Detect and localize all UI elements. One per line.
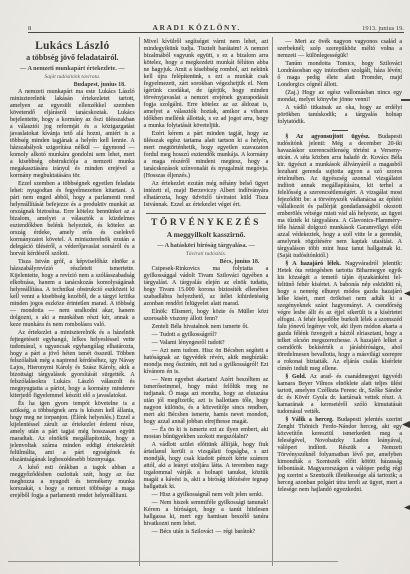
- article-paragraph: Tanúm mondotta Tomics, hogy Szilováci Lo…: [277, 61, 402, 89]
- newspaper-page: 8 ARADI KÖZLÖNY. 1913. junius 19. Lukács…: [0, 0, 410, 574]
- brief-lead: § Válik a herceg.: [285, 417, 337, 423]
- article-paragraph: Tisza István gróf, a képviselőház elnöke…: [10, 259, 135, 329]
- news-brief: § A hazajáró lélek. Nagyváradról jelenti…: [277, 261, 402, 373]
- article-paragraph: (Zaj.) Hogy az egész vallomásban nincs e…: [277, 90, 402, 104]
- article-headline: Lukács László: [10, 40, 135, 52]
- section-rule: [146, 213, 267, 214]
- brief-lead: § Gold.: [285, 374, 309, 380]
- court-article-dateline: Bécs, junius 18.: [144, 259, 269, 265]
- brief-divider: [332, 130, 348, 131]
- news-brief: § Az agyonsujtott ügyész. Budapesti tudó…: [277, 134, 402, 260]
- article-dateline: Budapest, junius 18.: [10, 82, 135, 88]
- article-paragraph: — Nem egyebet akartam! Azért beszéltem a…: [144, 377, 269, 426]
- article-paragraph: A nemzeti munkapárt ma este Lukács Lászl…: [10, 89, 135, 180]
- article-paragraph: Az értekezlet ezután még néhány belső üg…: [144, 181, 269, 209]
- news-brief: § Válik a herceg. Budapesti jelentés sze…: [277, 417, 402, 494]
- column-layout: Lukács Lászlóa többség jövő feladatairól…: [6, 37, 406, 566]
- article-paragraph: A késő esti órákban a tagok abban a megg…: [10, 465, 135, 500]
- column-left: Lukács Lászlóa többség jövő feladatairól…: [6, 37, 139, 566]
- article-paragraph: — Hisz a gyilkosságnál nem volt jelen se…: [144, 492, 269, 499]
- article-paragraph: Elnök: Elismeri, hogy közte és Müller kö…: [144, 309, 269, 323]
- issue-date: 1913. junius 19.: [362, 25, 404, 32]
- scan-fold-line: [8, 561, 338, 562]
- article-paragraph: — Tudott a gyilkosságról?: [144, 332, 269, 339]
- article-paragraph: — És ön ki is ismerte ezt az ilyen ember…: [144, 427, 269, 441]
- article-kicker: — A nemzeti munkapárt értekezlete. —: [10, 65, 135, 72]
- page-number: 8: [28, 25, 31, 32]
- article-paragraph: A vádlott szülei előttünk állítják, hogy…: [144, 442, 269, 491]
- article-paragraph: Ezért kérem a párt minden tagját, hogy a…: [144, 131, 269, 180]
- article-paragraph: — Bécs után is Szilováci — régi barátok?: [144, 529, 269, 536]
- column-right: — Mert az övék nagyon vagyonos család a …: [272, 37, 406, 566]
- article-paragraph: — Azt nem tudom. Hisz ön Bécsben segítet…: [144, 348, 269, 376]
- article-paragraph: Az értekezlet a miniszterelnök és a háze…: [10, 330, 135, 400]
- article-byline: Saját tudósítónk távirata.: [10, 74, 135, 80]
- court-article-title: A meggyilkolt kasszirnő.: [144, 230, 269, 239]
- scan-artifact: [401, 99, 410, 101]
- article-paragraph: Csipesek-Rinkovics ma folytatta a gyilko…: [144, 266, 269, 308]
- article-paragraph: És ha igen gyors tempót követelne is a s…: [10, 401, 135, 464]
- brief-lead: § Az agyonsujtott ügyész.: [285, 134, 378, 140]
- article-paragraph: Zenteli Béla hivatalnok nem ismerte őt.: [144, 324, 269, 331]
- news-brief: § Gold. Az arad- és csanádmegyei ügyvédi…: [277, 374, 402, 416]
- column-middle: Mivel kívülről segítséget várni nem lehe…: [139, 37, 273, 566]
- court-article-byline: Távirati tudósítás.: [144, 251, 269, 257]
- court-article-kicker: — A hatásköri biróság tárgyalása. —: [144, 242, 269, 249]
- article-paragraph: Ezzel szemben a többségnek egyetlen fela…: [10, 181, 135, 258]
- section-heading: TÖRVÉNYKEZÉS: [144, 218, 269, 228]
- page-header: 8 ARADI KÖZLÖNY. 1913. junius 19.: [28, 20, 404, 33]
- article-paragraph: — Valami lényegesről tudott?: [144, 340, 269, 347]
- article-paragraph: Mivel kívülről segítséget várni nem lehe…: [144, 39, 269, 130]
- newspaper-title: ARADI KÖZLÖNY.: [152, 23, 240, 32]
- article-paragraph: — Mert az övék nagyon vagyonos család a …: [277, 39, 402, 60]
- article-paragraph: — Nem hiszek semmiféle gyilkossági tanun…: [144, 500, 269, 528]
- article-subheadline: a többség jövő feladatairól.: [10, 53, 135, 62]
- article-paragraph: A vádló titkainak az oka, hogy az erdély…: [277, 105, 402, 126]
- brief-lead: § A hazajáró lélek.: [285, 261, 345, 267]
